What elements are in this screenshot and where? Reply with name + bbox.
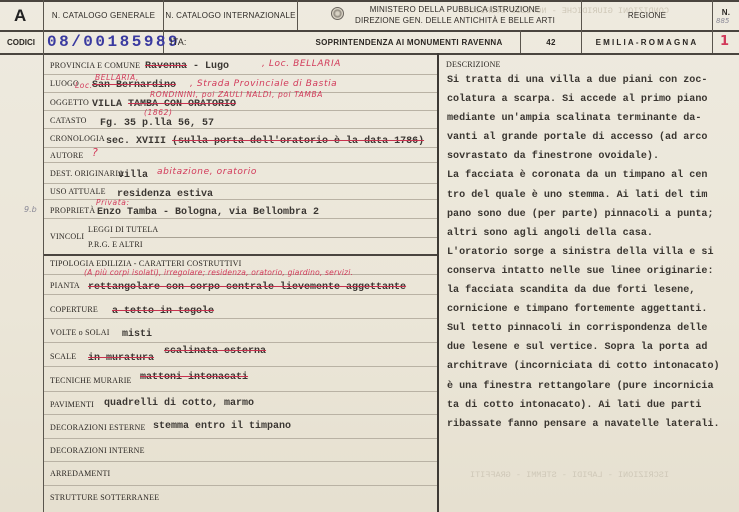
proprieta-label: PROPRIETÀ: [50, 206, 95, 215]
regione-label: REGIONE: [582, 11, 712, 20]
regione-value: EMILIA-ROMAGNA: [582, 38, 712, 47]
descrizione-line: sovrastato da finestrone ovoidale).: [447, 147, 720, 166]
vincoli-label: VINCOLI: [50, 232, 84, 241]
cronologia-label: CRONOLOGIA: [50, 134, 105, 143]
tipologia-label: TIPOLOGIA EDILIZIA - CARATTERI COSTRUTTI…: [50, 259, 242, 268]
n-pencil-value: 885: [716, 17, 729, 25]
descrizione-line: due lesene e sul vertice. Sopra la porta…: [447, 338, 720, 357]
ita-label: ITA:: [170, 37, 187, 47]
descrizione-line: cornicione e timpano fortemente aggettan…: [447, 300, 720, 319]
descrizione-line: vanti al grande portale di accesso (ad a…: [447, 128, 720, 147]
catalogo-internazionale-label: N. CATALOGO INTERNAZIONALE: [164, 11, 297, 20]
pavimenti-label: PAVIMENTI: [50, 400, 94, 409]
descrizione-line: tro del quale è uno stemma. Ai lati del …: [447, 186, 720, 205]
oggetto-label: OGGETTO: [50, 98, 89, 107]
codici-label: CODICI: [7, 38, 35, 47]
dest-originaria-annotation: abitazione, oratorio: [157, 167, 257, 177]
descrizione-text: Si tratta di una villa a due piani con z…: [447, 71, 720, 434]
n-label: N.: [713, 8, 739, 17]
scale-label: SCALE: [50, 352, 76, 361]
autore-label: AUTORE: [50, 151, 84, 160]
descrizione-line: pano sono due (per parte) pinnacoli a pu…: [447, 205, 720, 224]
ministry-line-2: DIREZIONE GEN. DELLE ANTICHITÀ E BELLE A…: [340, 16, 570, 25]
uso-attuale-label: USO ATTUALE: [50, 187, 106, 196]
strutture-sotterranee-label: STRUTTURE SOTTERRANEE: [50, 493, 159, 502]
volte-solai-label: VOLTE o SOLAI: [50, 328, 110, 337]
proprieta-value: Enzo Tamba - Bologna, via Bellombra 2: [97, 207, 319, 218]
descrizione-line: ribassate fanno pensare a navatelle late…: [447, 415, 720, 434]
sheet-number-handwritten: 1: [720, 34, 730, 49]
volte-solai-value: misti: [122, 329, 152, 340]
margin-pencil-note: 9.b: [24, 205, 37, 214]
catasto-value: Fg. 35 p.lla 56, 57: [100, 118, 214, 129]
codice-generale-value: 08/00185989: [47, 33, 180, 51]
luogo-annotation: , Strada Provinciale di Bastia: [190, 79, 337, 89]
tecniche-murarie-label: TECNICHE MURARIE: [50, 376, 132, 385]
soprintendenza-name: SOPRINTENDENZA AI MONUMENTI RAVENNA: [298, 38, 520, 47]
descrizione-line: Sul tetto pinnacoli in corrispondenza de…: [447, 319, 720, 338]
coperture-value: a tetto in tegole: [112, 306, 214, 317]
cronologia-value: sec. XVIII (sulla porta dell'oratorio è …: [106, 136, 424, 147]
pianta-value: rettangolare con corpo centrale lievemen…: [88, 282, 406, 293]
descrizione-line: ta di cotto intonacato). Ai lati due par…: [447, 396, 720, 415]
catalogo-generale-label: N. CATALOGO GENERALE: [44, 11, 163, 20]
decorazioni-esterne-value: stemma entro il timpano: [153, 421, 291, 432]
scale-value-above: scalinata esterna: [164, 346, 266, 357]
form-type-letter: A: [14, 6, 26, 26]
descrizione-line: Si tratta di una villa a due piani con z…: [447, 71, 720, 90]
autore-annotation: ?: [92, 146, 98, 159]
descrizione-line: è una finestra rettangolare (pure incorn…: [447, 377, 720, 396]
arredamenti-label: ARREDAMENTI: [50, 469, 110, 478]
provincia-comune-value: Ravenna - Lugo: [145, 61, 229, 72]
tipologia-annotation: (A più corpi isolati), irregolare; resid…: [84, 268, 353, 277]
descrizione-line: colatura a scarpa. Si accede al primo pi…: [447, 90, 720, 109]
coperture-label: COPERTURE: [50, 305, 98, 314]
catasto-annotation: (1862): [144, 108, 173, 117]
descrizione-line: architrave (incorniciata di cotto intona…: [447, 357, 720, 376]
descrizione-line: La facciata è coronata da un timpano al …: [447, 166, 720, 185]
dest-originaria-label: DEST. ORIGINARIA: [50, 169, 124, 178]
decorazioni-interne-label: DECORAZIONI INTERNE: [50, 446, 145, 455]
descrizione-line: la facciata scandita da due forti lesene…: [447, 281, 720, 300]
descrizione-line: conserva intatto nelle sue linee origina…: [447, 262, 720, 281]
soprintendenza-code: 42: [521, 38, 581, 47]
oggetto-annotation: RONDININI, poi ZAULI NALDI, poi TAMBA: [150, 90, 323, 99]
bleed-through-text: ISCRIZIONI - LAPIDI - STEMMI - GRAFFITI: [470, 470, 669, 480]
descrizione-line: L'oratorio sorge a sinistra della villa …: [447, 243, 720, 262]
ministry-line-1: MINISTERO DELLA PUBBLICA ISTRUZIONE: [340, 5, 570, 14]
vincoli-prg-label: P.R.G. E ALTRI: [88, 240, 143, 249]
descrizione-line: mediante un'ampia scalinata terminante d…: [447, 109, 720, 128]
luogo-annotation-prefix: Loc.: [75, 81, 93, 90]
proprieta-annotation: Privata:: [96, 198, 130, 207]
descrizione-label: DESCRIZIONE: [446, 60, 501, 69]
catalog-card: CONDIZIONI GIURIDICHE - NOTIZIE STORICO …: [0, 0, 739, 512]
dest-originaria-value: villa: [118, 170, 148, 181]
pavimenti-value: quadrelli di cotto, marmo: [104, 398, 254, 409]
scale-value: in muratura: [88, 353, 154, 364]
decorazioni-esterne-label: DECORAZIONI ESTERNE: [50, 423, 146, 432]
tecniche-murarie-value: mattoni intonacati: [140, 372, 248, 383]
vincoli-leggi-tutela-label: LEGGI DI TUTELA: [88, 225, 158, 234]
catasto-label: CATASTO: [50, 116, 87, 125]
pianta-label: PIANTA: [50, 281, 80, 290]
provincia-comune-label: PROVINCIA E COMUNE: [50, 61, 140, 70]
provincia-comune-annotation: , Loc. BELLARIA: [262, 59, 341, 69]
uso-attuale-value: residenza estiva: [117, 189, 213, 200]
descrizione-line: altri sono agli angoli della casa.: [447, 224, 720, 243]
